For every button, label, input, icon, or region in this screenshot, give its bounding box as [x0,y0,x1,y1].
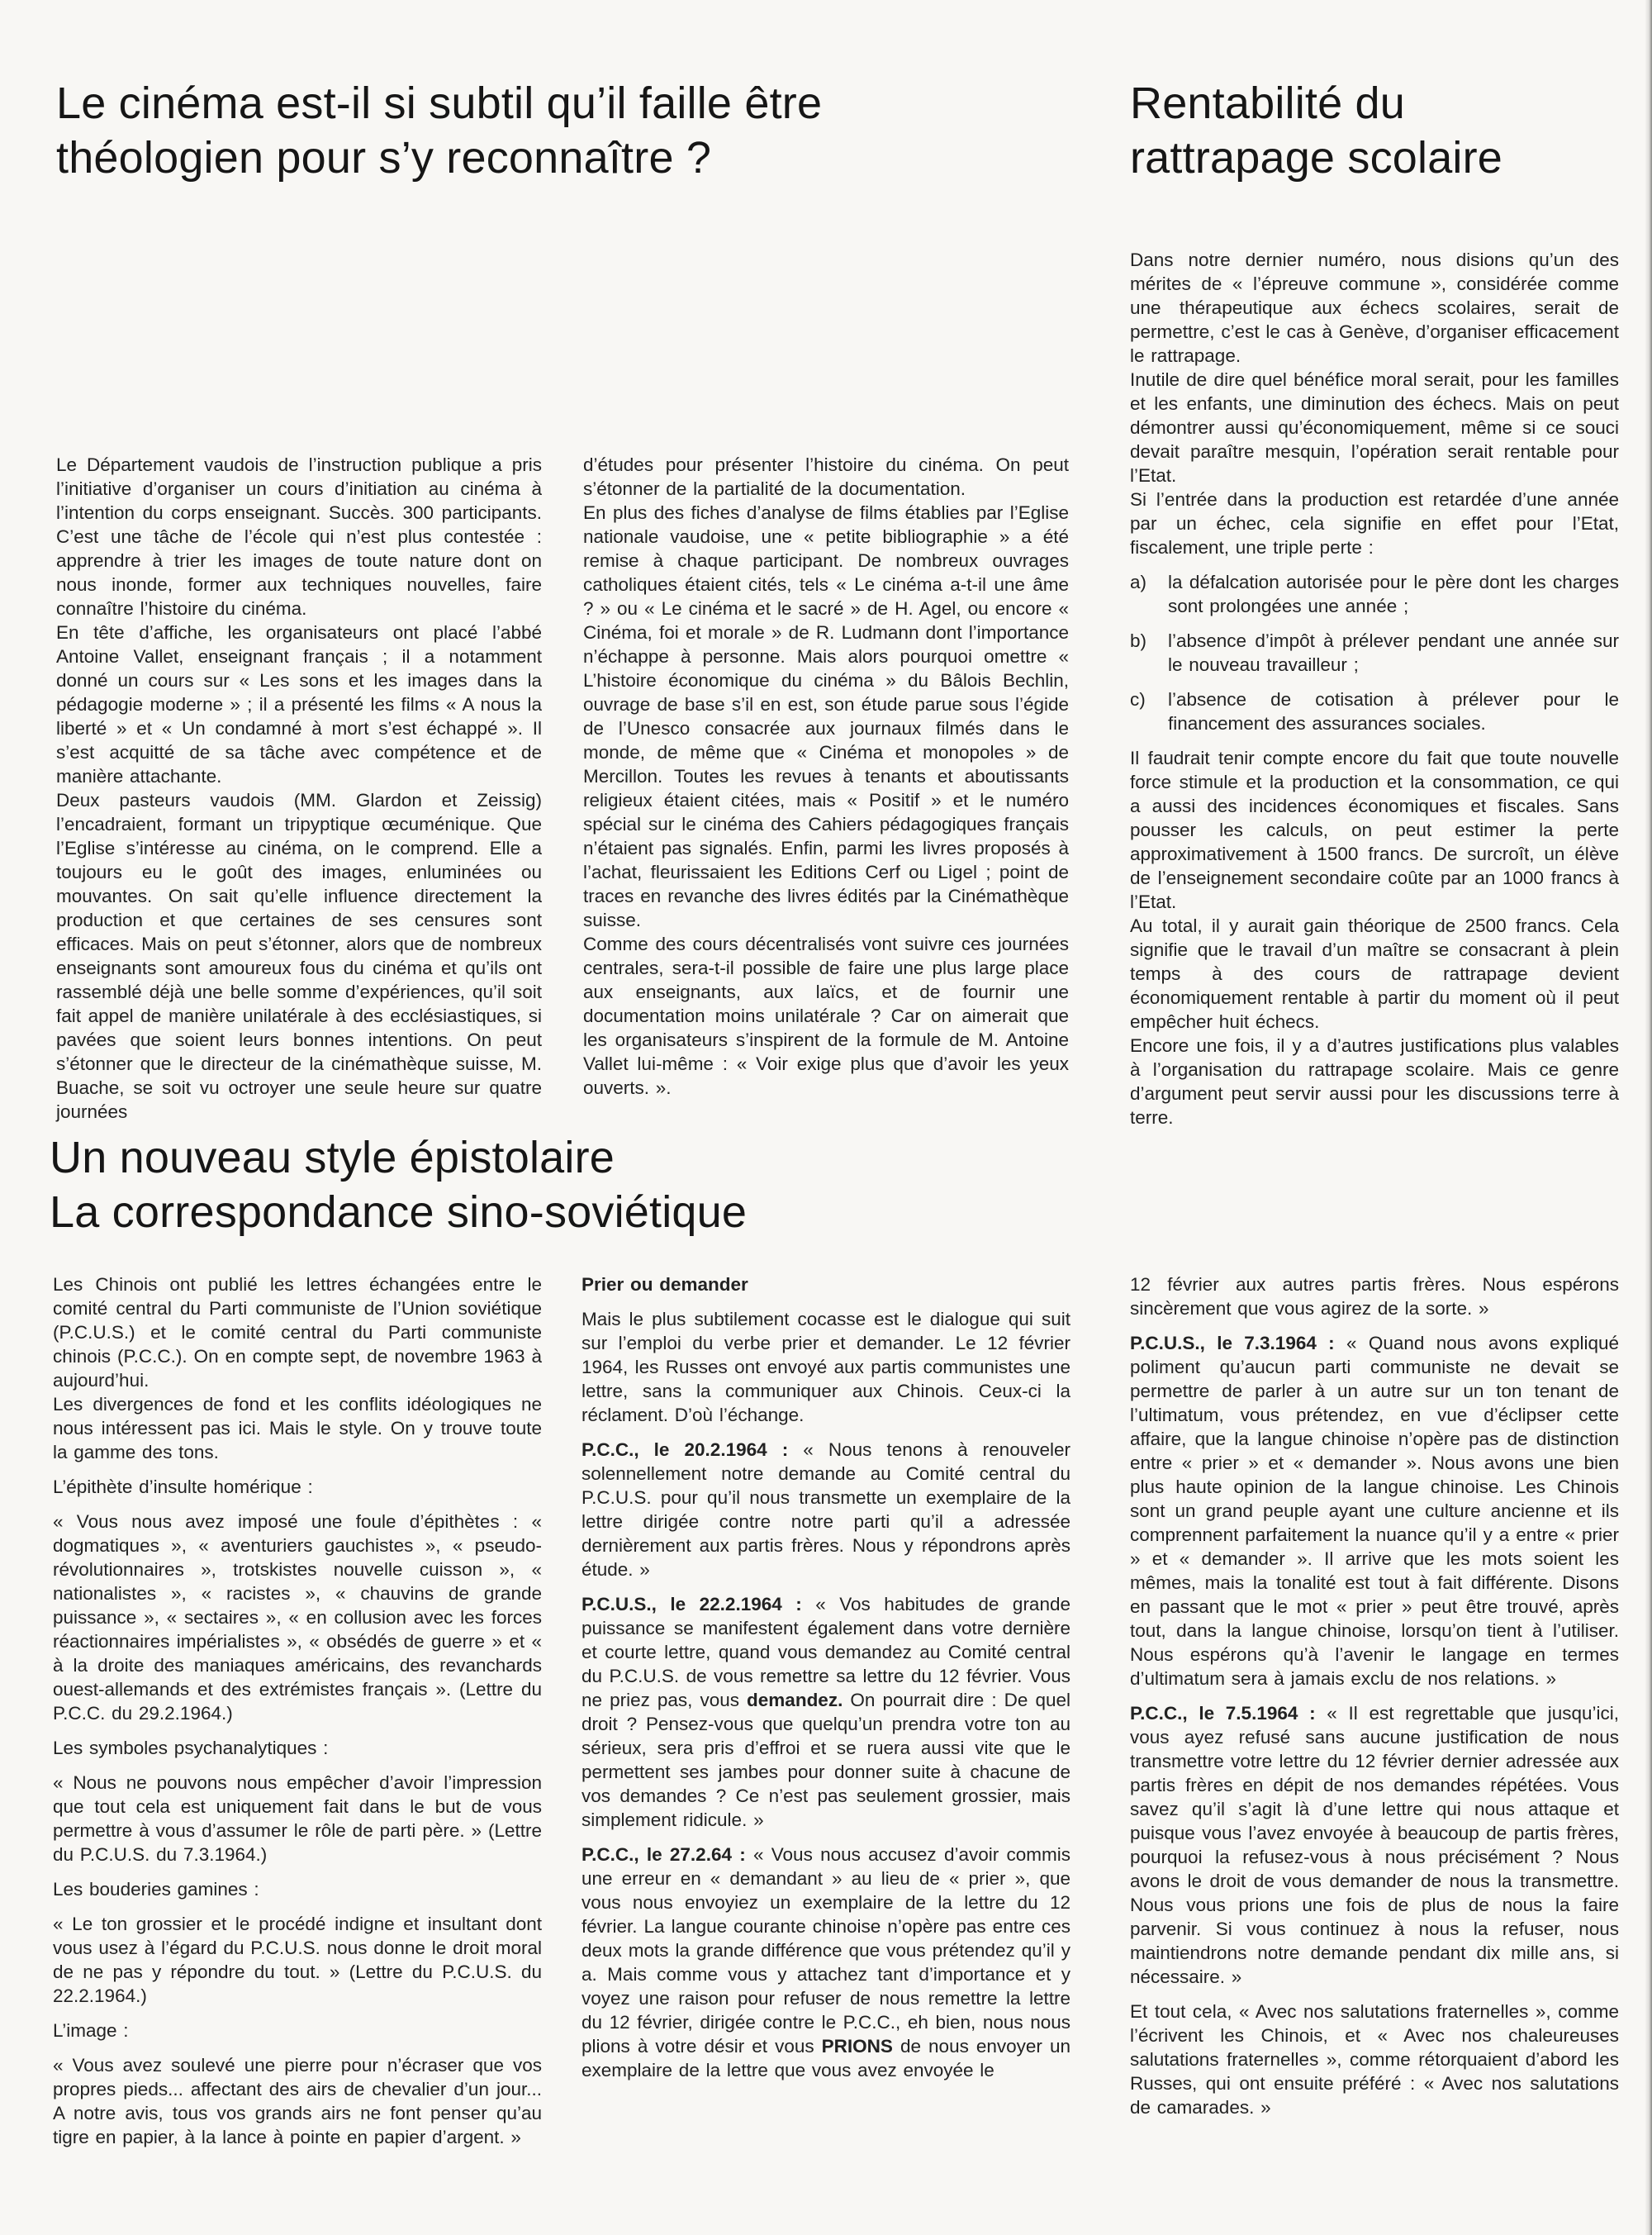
text: 12 février aux autres partis frères. Nou… [1130,1274,1619,1319]
bold-text: P.C.C., le 7.5.1964 : [1130,1703,1327,1724]
paragraph: 12 février aux autres partis frères. Nou… [1130,1272,1619,1320]
paragraph: L’image : [53,2019,542,2042]
list-marker: a) [1130,570,1146,594]
paragraph: Les bouderies gamines : [53,1877,542,1901]
article-rattrapage-title-line-1: Rentabilité du [1130,76,1502,131]
article-cinema-title: Le cinéma est-il si subtil qu’il faille … [56,76,822,185]
text: Inutile de dire quel bénéfice moral sera… [1130,369,1619,486]
text: Les symboles psychanalytiques : [53,1738,328,1758]
paragraph: L’épithète d’insulte homérique : [53,1475,542,1499]
article-cinema-title-line-2: théologien pour s’y reconnaître ? [56,131,822,185]
text: Deux pasteurs vaudois (MM. Glardon et Ze… [56,790,542,1122]
text: Prier ou demander [582,1274,748,1295]
text: Les divergences de fond et les conflits … [53,1394,542,1462]
article-cinema-title-line-1: Le cinéma est-il si subtil qu’il faille … [56,76,822,131]
text: d’études pour présenter l’histoire du ci… [583,454,1069,499]
bold-text: P.C.C., le 20.2.1964 : [582,1439,803,1460]
text: Le Département vaudois de l’instruction … [56,454,542,619]
text: Au total, il y aurait gain théorique de … [1130,915,1619,1032]
text: Mais le plus subtilement cocasse est le … [582,1309,1070,1425]
article-sino-column-3: 12 février aux autres partis frères. Nou… [1130,1272,1619,2119]
text: « Vous avez soulevé une pierre pour n’éc… [53,2055,542,2147]
paragraph: Les divergences de fond et les conflits … [53,1392,542,1464]
list-item: a)la défalcation autorisée pour le père … [1130,570,1619,618]
scan-edge-shadow [1645,0,1652,2235]
article-sino-column-2: Prier ou demanderMais le plus subtilemen… [582,1272,1070,2082]
paragraph: « Vous nous avez imposé une foule d’épit… [53,1510,542,1725]
article-cinema-column-1: Le Département vaudois de l’instruction … [56,453,542,1124]
paragraph: Les symboles psychanalytiques : [53,1736,542,1760]
bold-text: P.C.U.S., le 7.3.1964 : [1130,1333,1346,1353]
paragraph: En plus des fiches d’analyse de films ét… [583,501,1069,932]
text: L’épithète d’insulte homérique : [53,1477,313,1497]
text: Comme des cours décentralisés vont suivr… [583,934,1069,1098]
text: On pourrait dire : De quel droit ? Pense… [582,1690,1070,1830]
text: « Vous nous avez imposé une foule d’épit… [53,1511,542,1724]
article-rattrapage-title: Rentabilité du rattrapage scolaire [1130,76,1502,185]
text: « Vous nous accusez d’avoir commis une e… [582,1844,1070,2057]
bold-text: P.C.U.S., le 22.2.1964 : [582,1594,815,1614]
text: « Nous ne pouvons nous empêcher d’avoir … [53,1772,542,1865]
article-sino-title-line-1: Un nouveau style épistolaire [50,1130,747,1185]
text: l’absence d’impôt à prélever pendant une… [1168,630,1619,675]
paragraph: Encore une fois, il y a d’autres justifi… [1130,1034,1619,1129]
text: En tête d’affiche, les organisateurs ont… [56,622,542,787]
paragraph: Le Département vaudois de l’instruction … [56,453,542,621]
text: Les bouderies gamines : [53,1879,259,1900]
text: Il faudrait tenir compte encore du fait … [1130,748,1619,912]
paragraph: P.C.U.S., le 7.3.1964 : « Quand nous avo… [1130,1331,1619,1691]
bold-text: PRIONS [822,2036,893,2057]
paragraph: Deux pasteurs vaudois (MM. Glardon et Ze… [56,788,542,1124]
list-marker: b) [1130,629,1146,653]
paragraph: Il faudrait tenir compte encore du fait … [1130,746,1619,914]
list-item: c)l’absence de cotisation à prélever pou… [1130,687,1619,735]
list-marker: c) [1130,687,1146,711]
paragraph: P.C.C., le 7.5.1964 : « Il est regrettab… [1130,1701,1619,1989]
text: la défalcation autorisée pour le père do… [1168,572,1619,616]
paragraph: En tête d’affiche, les organisateurs ont… [56,621,542,788]
paragraph: P.C.C., le 27.2.64 : « Vous nous accusez… [582,1843,1070,2082]
text: Encore une fois, il y a d’autres justifi… [1130,1035,1619,1128]
text: Les Chinois ont publié les lettres échan… [53,1274,542,1391]
paragraph: P.C.U.S., le 22.2.1964 : « Vos habitudes… [582,1592,1070,1832]
paragraph: « Nous ne pouvons nous empêcher d’avoir … [53,1771,542,1866]
article-sino-title: Un nouveau style épistolaire La correspo… [50,1130,747,1239]
paragraph: Inutile de dire quel bénéfice moral sera… [1130,368,1619,487]
text: L’image : [53,2020,129,2041]
article-cinema-column-2: d’études pour présenter l’histoire du ci… [583,453,1069,1100]
paragraph: Mais le plus subtilement cocasse est le … [582,1307,1070,1427]
paragraph: Dans notre dernier numéro, nous disions … [1130,248,1619,368]
paragraph: « Le ton grossier et le procédé indigne … [53,1912,542,2008]
paragraph: d’études pour présenter l’histoire du ci… [583,453,1069,501]
list-item: b)l’absence d’impôt à prélever pendant u… [1130,629,1619,677]
paragraph: Et tout cela, « Avec nos salutations fra… [1130,2000,1619,2119]
bold-text: demandez. [747,1690,843,1710]
newspaper-page: Le cinéma est-il si subtil qu’il faille … [0,0,1652,2235]
paragraph: « Vous avez soulevé une pierre pour n’éc… [53,2053,542,2149]
text: « Le ton grossier et le procédé indigne … [53,1914,542,2006]
paragraph: Au total, il y aurait gain théorique de … [1130,914,1619,1034]
text: « Quand nous avons expliqué poliment qu’… [1130,1333,1619,1689]
paragraph: Les Chinois ont publié les lettres échan… [53,1272,542,1392]
paragraph: P.C.C., le 20.2.1964 : « Nous tenons à r… [582,1438,1070,1581]
article-sino-column-1: Les Chinois ont publié les lettres échan… [53,1272,542,2149]
text: Et tout cela, « Avec nos salutations fra… [1130,2001,1619,2118]
text: Dans notre dernier numéro, nous disions … [1130,250,1619,366]
text: « Il est regrettable que jusqu’ici, vous… [1130,1703,1619,1987]
text: En plus des fiches d’analyse de films ét… [583,502,1069,930]
article-sino-title-line-2: La correspondance sino-soviétique [50,1185,747,1239]
bold-text: P.C.C., le 27.2.64 : [582,1844,753,1865]
paragraph: Comme des cours décentralisés vont suivr… [583,932,1069,1100]
paragraph: Si l’entrée dans la production est retar… [1130,487,1619,559]
article-rattrapage-title-line-2: rattrapage scolaire [1130,131,1502,185]
text: Si l’entrée dans la production est retar… [1130,489,1619,558]
article-rattrapage-column: Dans notre dernier numéro, nous disions … [1130,248,1619,1129]
subheading: Prier ou demander [582,1272,1070,1296]
text: l’absence de cotisation à prélever pour … [1168,689,1619,734]
text: « Nous tenons à renouveler solennellemen… [582,1439,1070,1580]
